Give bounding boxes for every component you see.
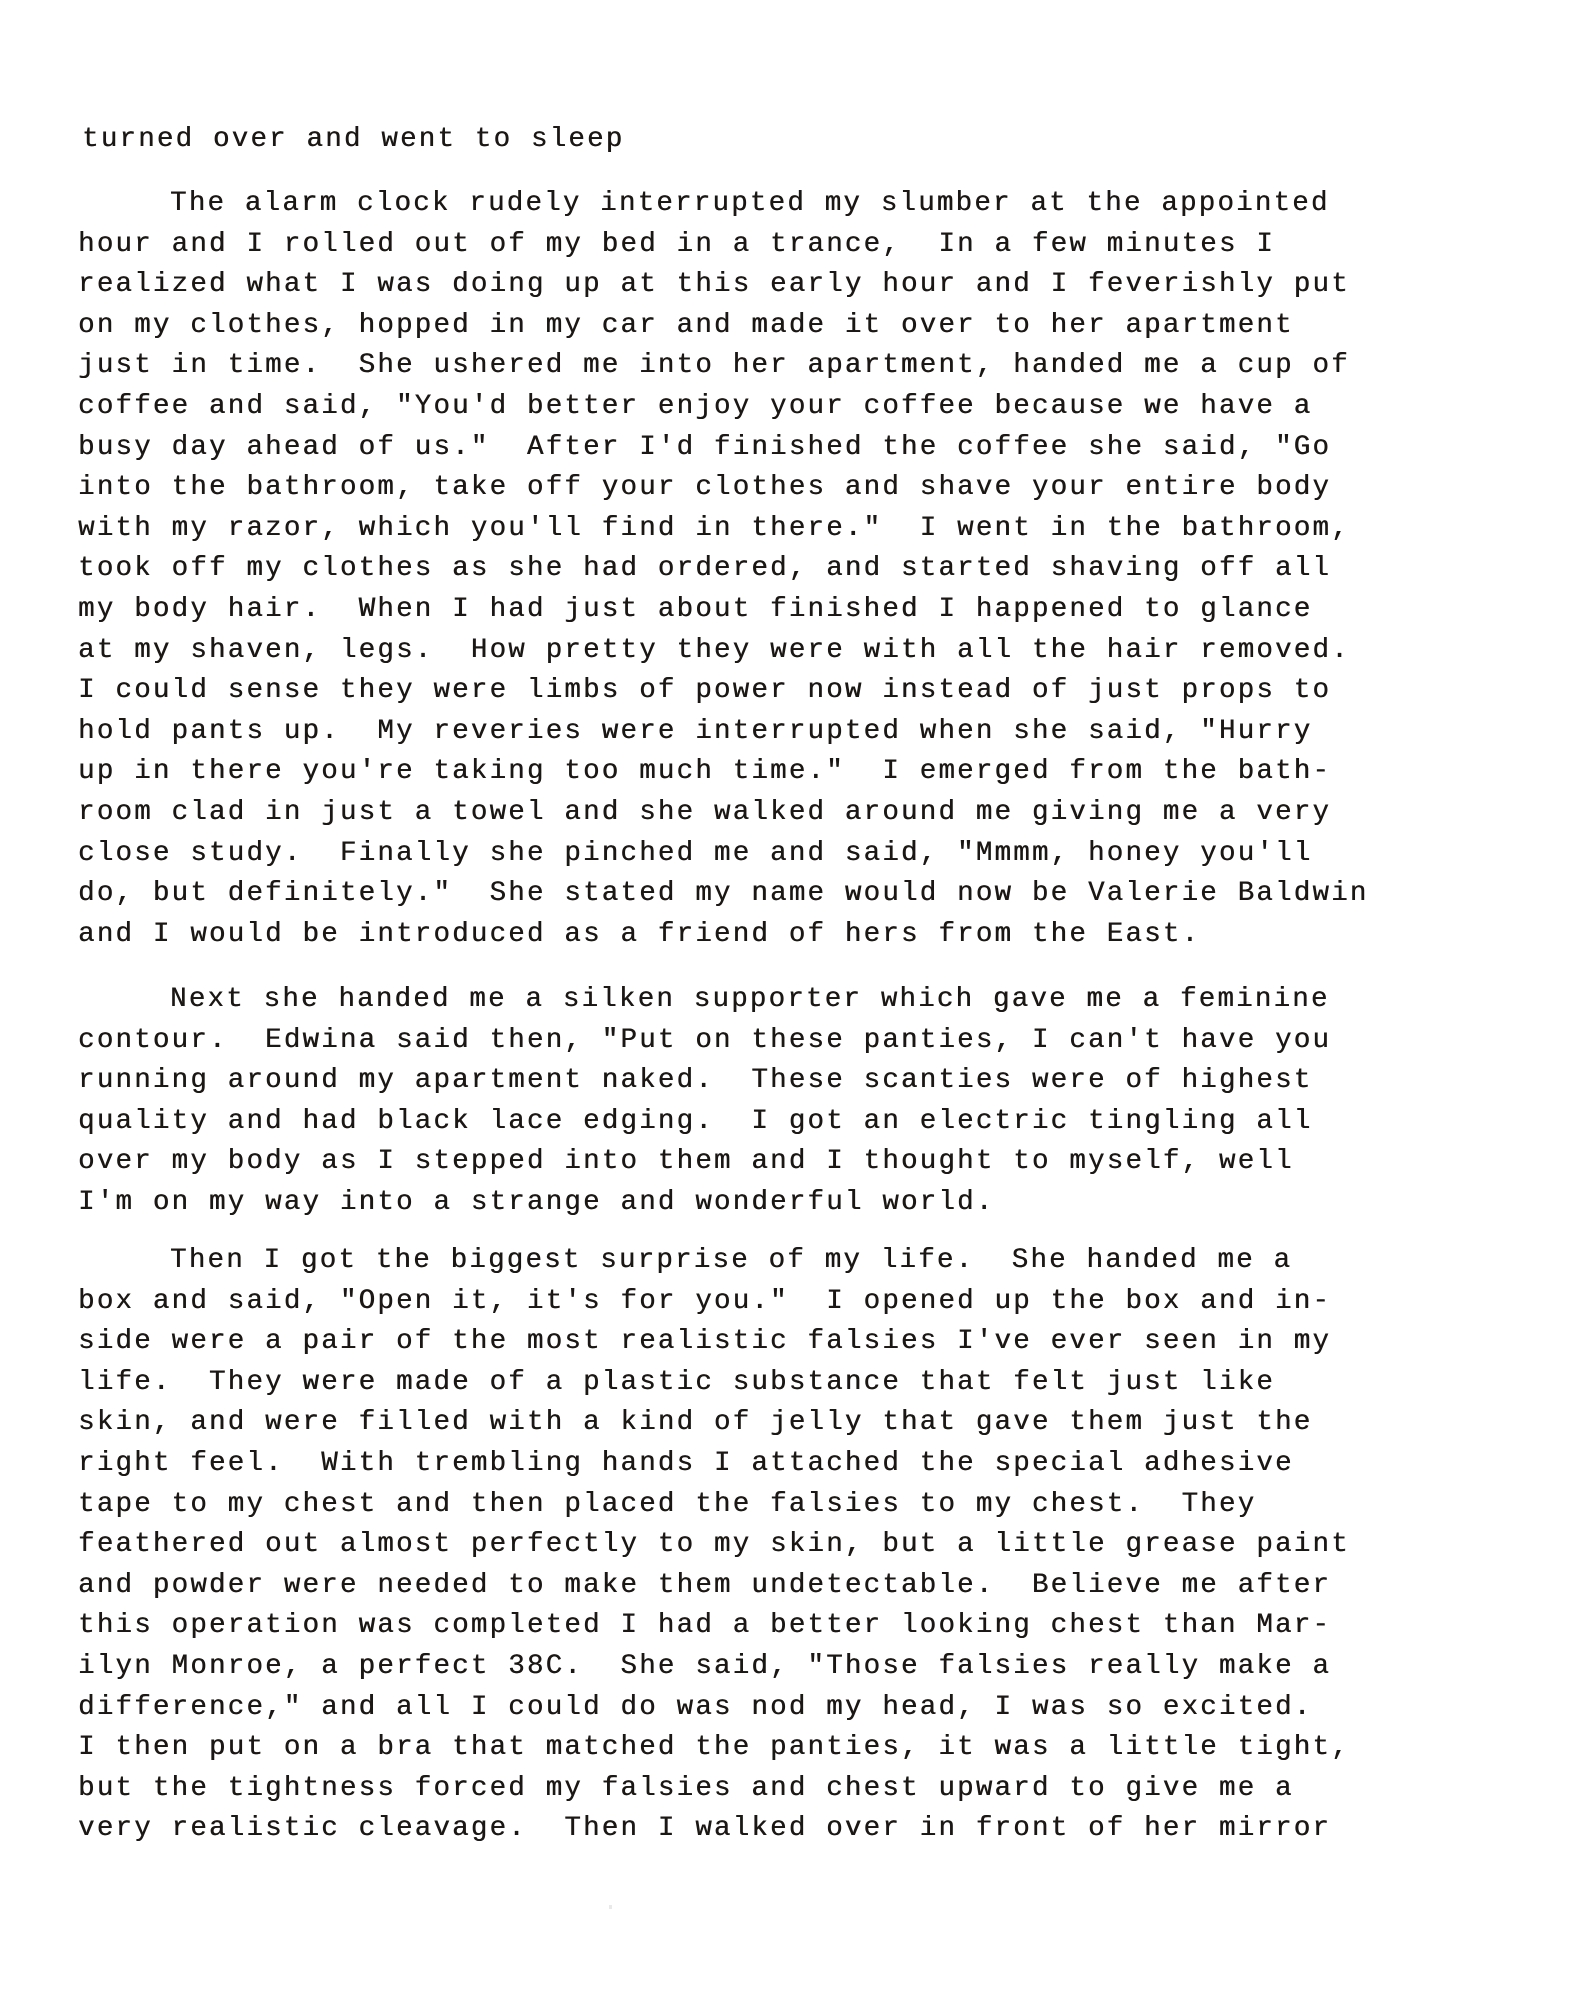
text-line: box and said, "Open it, it's for you." I… — [78, 1288, 1331, 1316]
text-line: hold pants up. My reveries were interrup… — [78, 718, 1312, 746]
text-line: hour and I rolled out of my bed in a tra… — [78, 231, 1275, 259]
text-line: I then put on a bra that matched the pan… — [78, 1734, 1350, 1762]
paper-speck — [609, 1905, 612, 1909]
text-line: at my shaven, legs. How pretty they were… — [78, 637, 1350, 665]
text-line: feathered out almost perfectly to my ski… — [78, 1531, 1350, 1559]
text-line: and I would be introduced as a friend of… — [78, 921, 1200, 949]
text-line: The alarm clock rudely interrupted my sl… — [170, 190, 1330, 218]
text-line: contour. Edwina said then, "Put on these… — [78, 1027, 1331, 1055]
text-line: do, but definitely." She stated my name … — [78, 880, 1369, 908]
typewritten-page: turned over and went to sleepThe alarm c… — [0, 0, 1585, 1999]
text-line: tape to my chest and then placed the fal… — [78, 1491, 1256, 1519]
text-line: life. They were made of a plastic substa… — [78, 1369, 1275, 1397]
text-line: side were a pair of the most realistic f… — [78, 1328, 1331, 1356]
text-line: this operation was completed I had a bet… — [78, 1612, 1331, 1640]
text-line: and powder were needed to make them unde… — [78, 1572, 1331, 1600]
text-line: I'm on my way into a strange and wonderf… — [78, 1189, 994, 1217]
text-line: ilyn Monroe, a perfect 38C. She said, "T… — [78, 1653, 1331, 1681]
text-line: but the tightness forced my falsies and … — [78, 1775, 1294, 1803]
text-line: skin, and were filled with a kind of jel… — [78, 1409, 1312, 1437]
text-line: I could sense they were limbs of power n… — [78, 677, 1331, 705]
text-line: difference," and all I could do was nod … — [78, 1694, 1312, 1722]
text-line: quality and had black lace edging. I got… — [78, 1108, 1312, 1136]
text-line: Then I got the biggest surprise of my li… — [170, 1247, 1292, 1275]
text-line: into the bathroom, take off your clothes… — [78, 474, 1331, 502]
text-line: just in time. She ushered me into her ap… — [78, 352, 1350, 380]
text-line: my body hair. When I had just about fini… — [78, 596, 1312, 624]
text-line: Next she handed me a silken supporter wh… — [170, 986, 1330, 1014]
text-line: over my body as I stepped into them and … — [78, 1148, 1294, 1176]
text-line: right feel. With trembling hands I attac… — [78, 1450, 1294, 1478]
text-line: coffee and said, "You'd better enjoy you… — [78, 393, 1312, 421]
text-line: up in there you're taking too much time.… — [78, 758, 1331, 786]
text-line: room clad in just a towel and she walked… — [78, 799, 1331, 827]
text-line: busy day ahead of us." After I'd finishe… — [78, 434, 1331, 462]
text-line: realized what I was doing up at this ear… — [78, 271, 1350, 299]
text-line: on my clothes, hopped in my car and made… — [78, 312, 1294, 340]
text-line: took off my clothes as she had ordered, … — [78, 555, 1331, 583]
text-line: close study. Finally she pinched me and … — [78, 840, 1312, 868]
text-line: running around my apartment naked. These… — [78, 1067, 1312, 1095]
text-line: very realistic cleavage. Then I walked o… — [78, 1815, 1331, 1843]
text-line: turned over and went to sleep — [82, 126, 624, 154]
text-line: with my razor, which you'll find in ther… — [78, 515, 1350, 543]
